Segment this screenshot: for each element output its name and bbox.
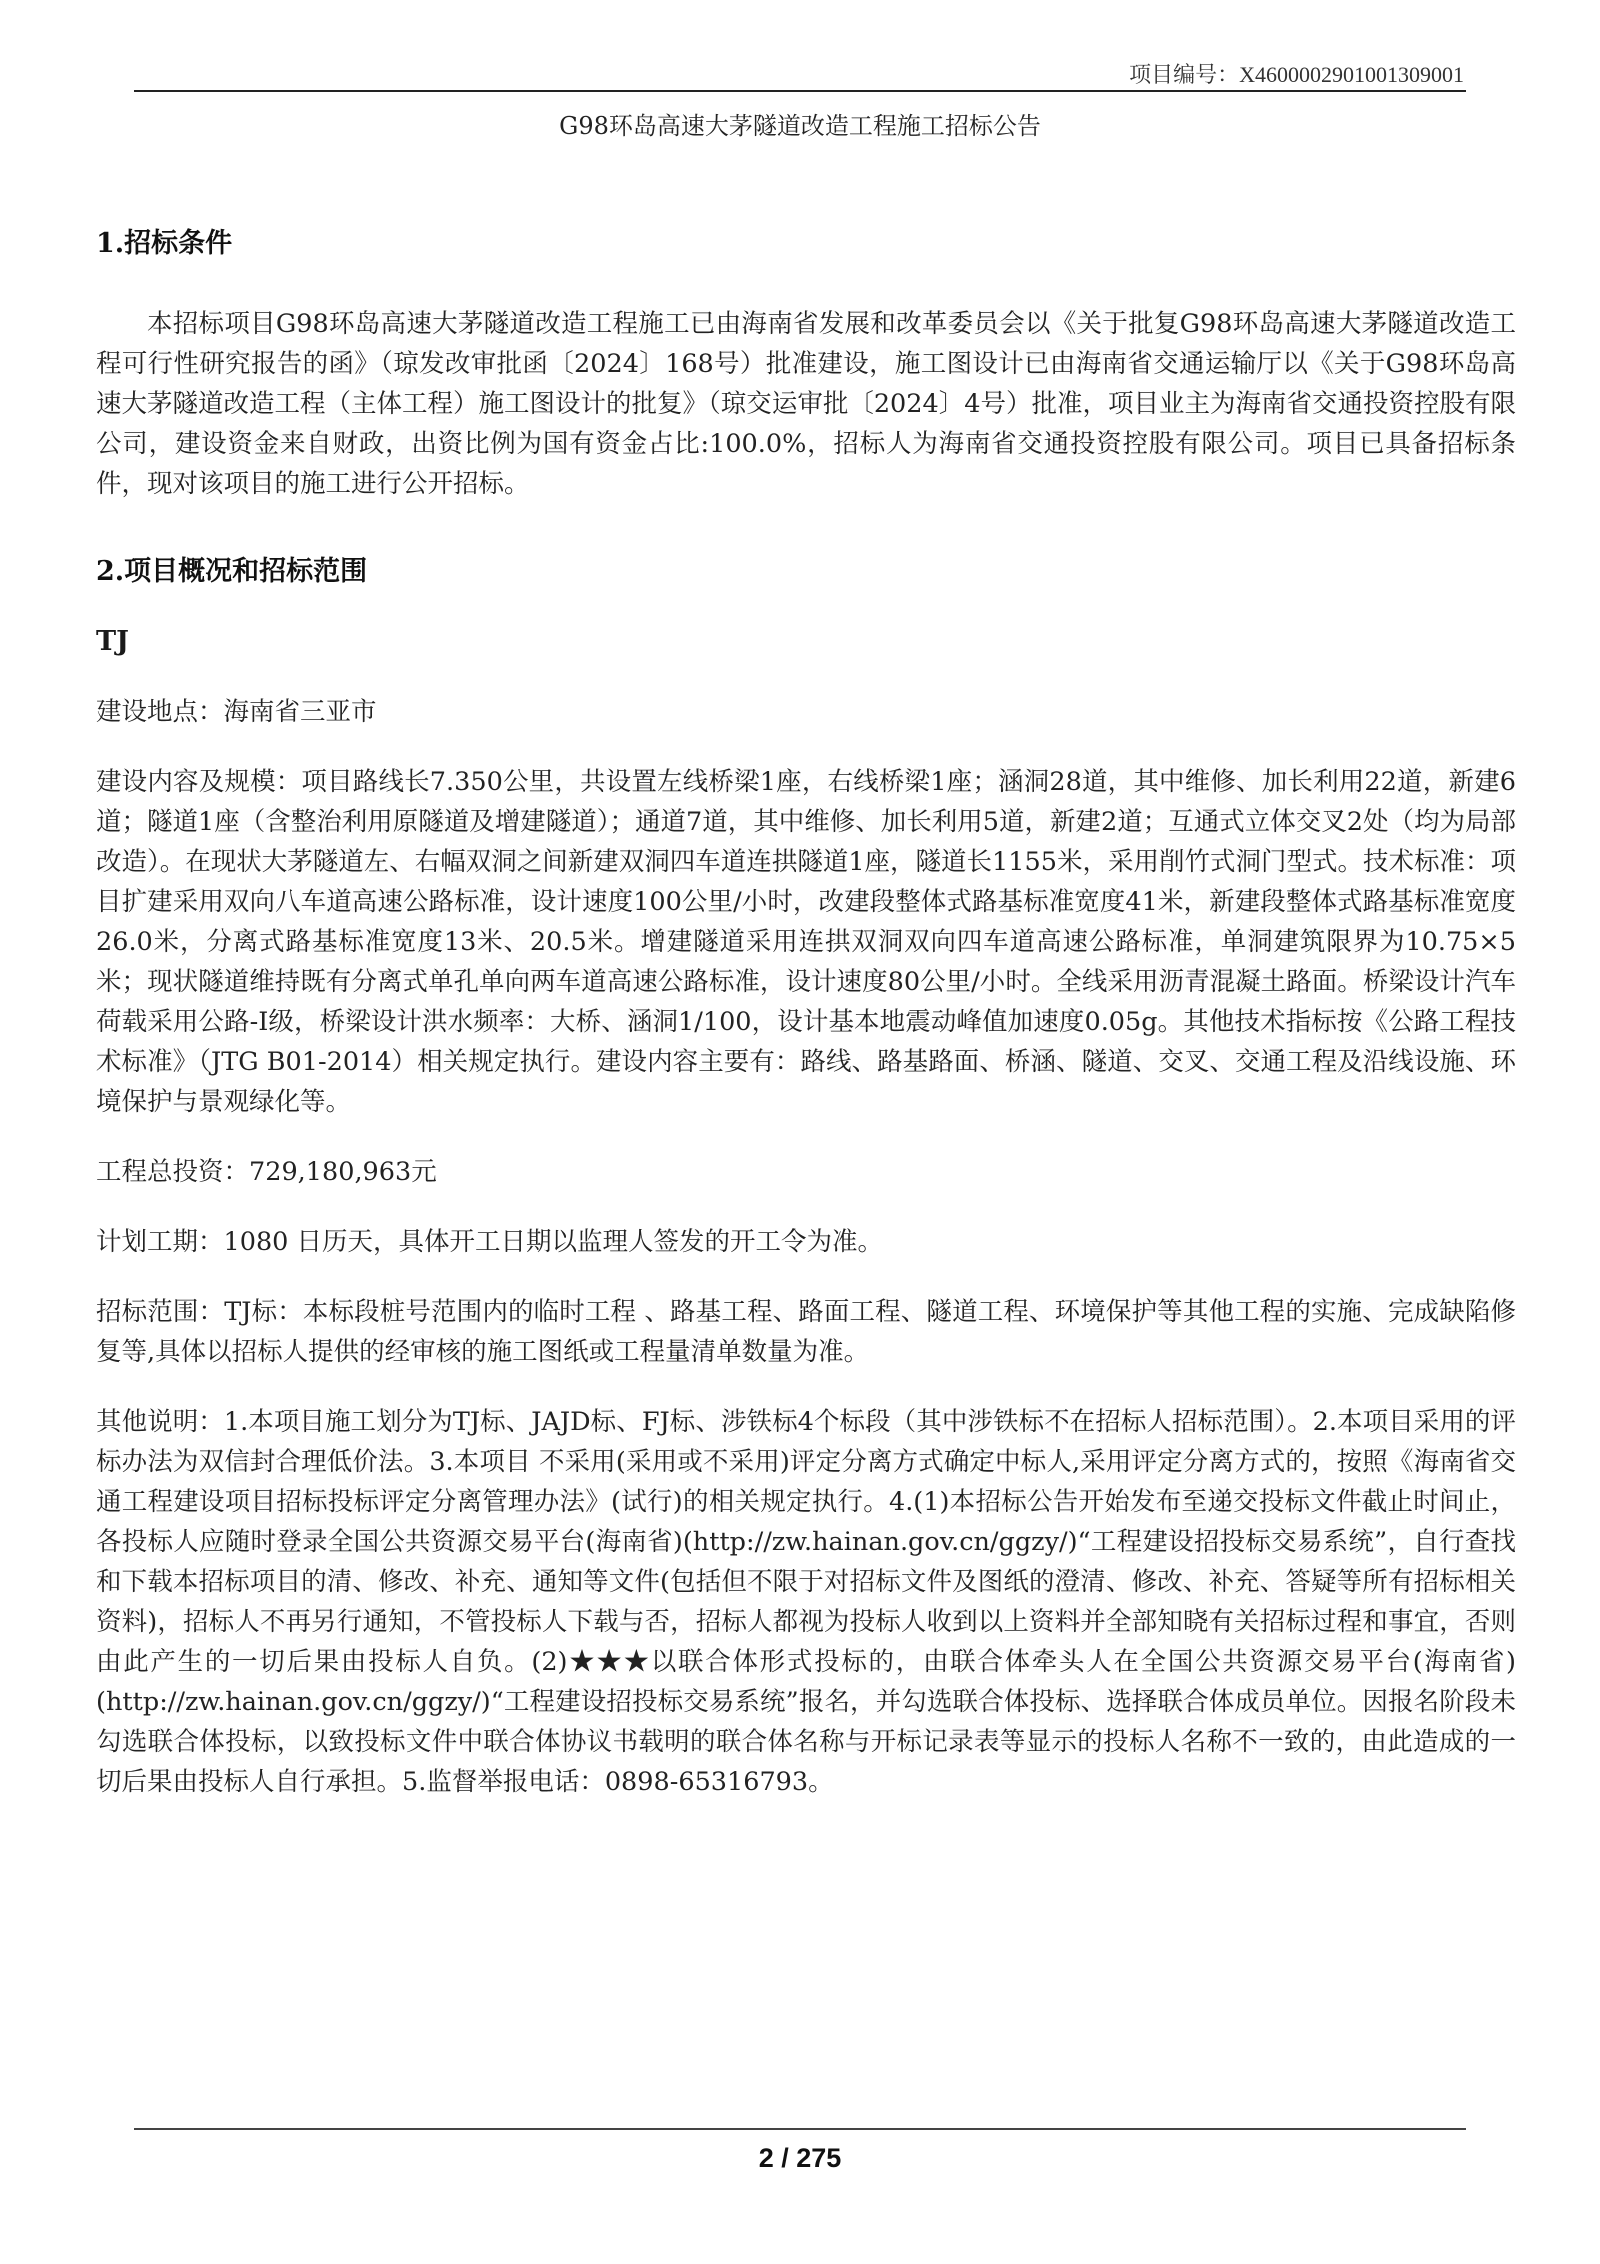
page-number: 2 / 275 (0, 2143, 1600, 2174)
planned-duration: 计划工期：1080 日历天，具体开工日期以监理人签发的开工令为准。 (96, 1222, 1516, 1262)
bidding-conditions-paragraph: 本招标项目G98环岛高速大茅隧道改造工程施工已由海南省发展和改革委员会以《关于批… (96, 304, 1516, 504)
construction-location: 建设地点：海南省三亚市 (96, 692, 1516, 732)
document-title: G98环岛高速大茅隧道改造工程施工招标公告 (0, 106, 1600, 141)
other-notes: 其他说明：1.本项目施工划分为TJ标、JAJD标、FJ标、涉铁标4个标段（其中涉… (96, 1402, 1516, 1802)
project-id: 项目编号：X4600002901001309001 (1129, 58, 1464, 89)
footer-divider (134, 2128, 1466, 2130)
total-investment: 工程总投资：729,180,963元 (96, 1152, 1516, 1192)
header-divider (134, 90, 1466, 92)
bidding-scope: 招标范围：TJ标：本标段桩号范围内的临时工程 、路基工程、路面工程、隧道工程、环… (96, 1292, 1516, 1372)
lot-label: TJ (96, 622, 1516, 662)
section-1-heading: 1.招标条件 (96, 224, 1516, 264)
construction-scope-and-scale: 建设内容及规模：项目路线长7.350公里，共设置左线桥梁1座，右线桥梁1座；涵洞… (96, 762, 1516, 1122)
document-body: 1.招标条件 本招标项目G98环岛高速大茅隧道改造工程施工已由海南省发展和改革委… (96, 224, 1516, 1802)
section-2-heading: 2.项目概况和招标范围 (96, 552, 1516, 592)
